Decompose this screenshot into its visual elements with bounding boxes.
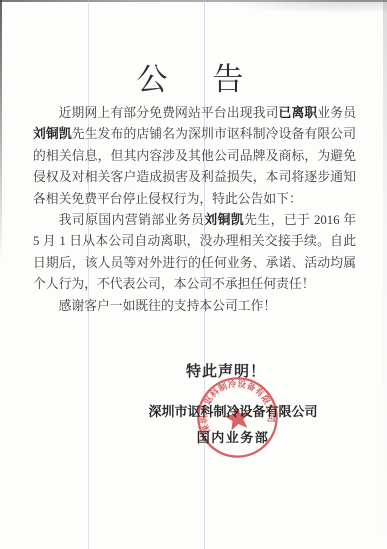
paragraph-3: 感谢客户一如既往的支持本公司工作！ (33, 296, 356, 317)
scan-left-edge (0, 0, 2, 262)
employee-name-bold: 刘铜凯 (33, 127, 72, 141)
announcement-body: 近期网上有部分免费网站平台出现我司已离职业务员刘铜凯先生发布的店铺名为深圳市讴科… (33, 103, 356, 317)
text-segment: 感谢客户一如既往的支持本公司工作！ (59, 299, 277, 313)
text-segment: 近期网上有部分免费网站平台出现我司 (59, 106, 279, 120)
paragraph-2: 我司原国内营销部业务员刘铜凯先生，已于 2016 年 5 月 1 日从本公司自动… (33, 210, 356, 296)
department-name: 国内业务部 (148, 427, 318, 446)
text-segment: 先生发布的店铺名为深圳市讴科制冷设备有限公司的相关信息，但其内容涉及其他公司品牌… (33, 127, 356, 205)
signature-block: 深圳市讴科制冷设备有限公司 国内业务部 (148, 401, 318, 446)
text-segment-bold: 已离职 (279, 106, 318, 120)
company-name: 深圳市讴科制冷设备有限公司 (148, 401, 318, 420)
page-title: 公 告 (0, 54, 387, 99)
scan-corner-noise (217, 0, 387, 14)
paragraph-1: 近期网上有部分免费网站平台出现我司已离职业务员刘铜凯先生发布的店铺名为深圳市讴科… (33, 103, 356, 210)
text-segment: 业务员 (317, 106, 356, 120)
scanned-announcement-page: 公 告 近期网上有部分免费网站平台出现我司已离职业务员刘铜凯先生发布的店铺名为深… (0, 0, 387, 549)
employee-name-bold: 刘铜凯 (204, 213, 244, 227)
text-segment: 我司原国内营销部业务员 (59, 213, 205, 227)
declaration-statement: 特此声明！ (186, 360, 266, 381)
